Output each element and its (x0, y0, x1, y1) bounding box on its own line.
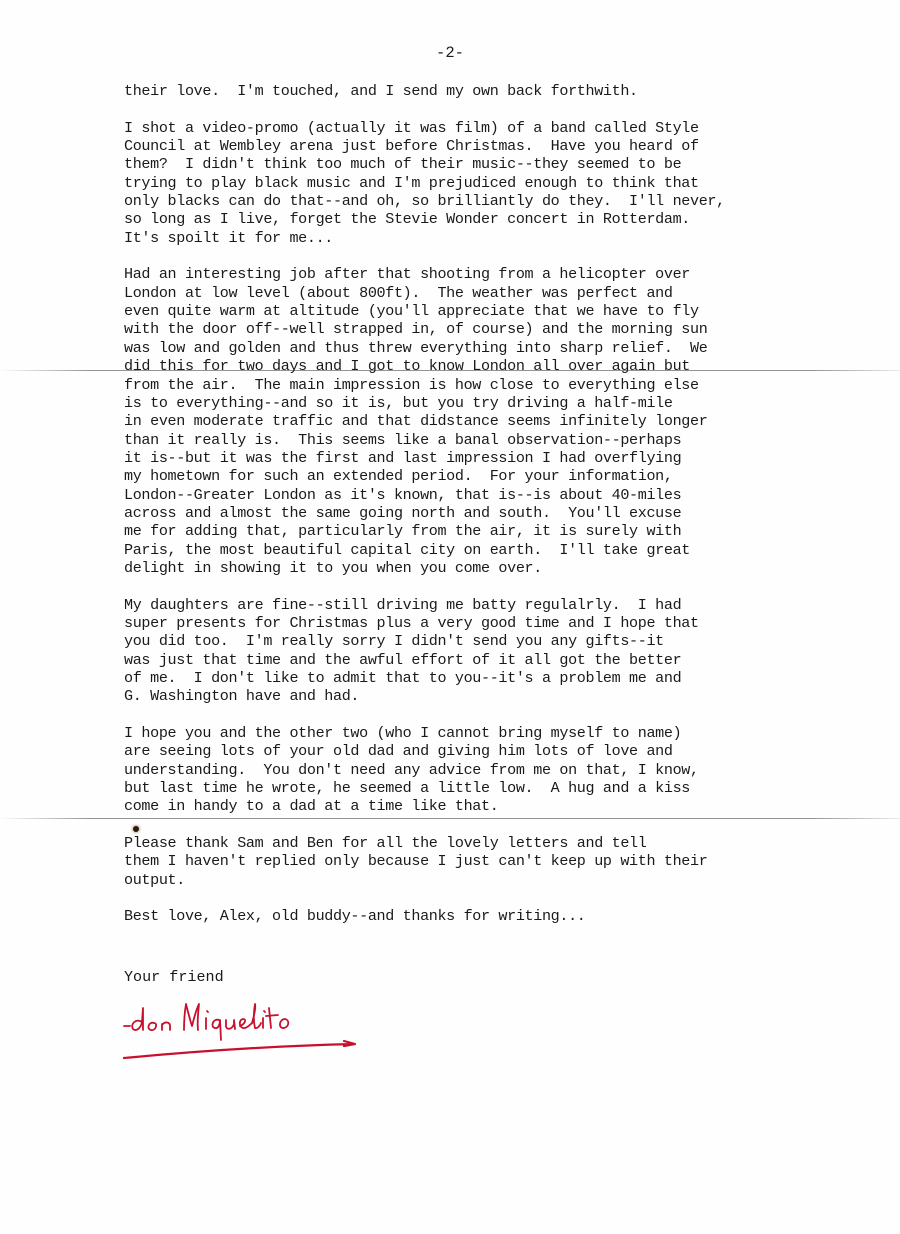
letter-line: output. (124, 871, 844, 889)
letter-line: across and almost the same going north a… (124, 504, 844, 522)
letter-line: come in handy to a dad at a time like th… (124, 797, 844, 815)
letter-line: delight in showing it to you when you co… (124, 559, 844, 577)
letter-line: you did too. I'm really sorry I didn't s… (124, 632, 844, 650)
closing: Your friend (124, 968, 224, 986)
letter-paragraph: Best love, Alex, old buddy--and thanks f… (124, 907, 844, 925)
letter-line: is to everything--and so it is, but you … (124, 394, 844, 412)
letter-line: London at low level (about 800ft). The w… (124, 284, 844, 302)
letter-body: their love. I'm touched, and I send my o… (124, 82, 844, 944)
letter-line: Paris, the most beautiful capital city o… (124, 541, 844, 559)
letter-line: them? I didn't think too much of their m… (124, 155, 844, 173)
letter-line: them I haven't replied only because I ju… (124, 852, 844, 870)
letter-line: even quite warm at altitude (you'll appr… (124, 302, 844, 320)
letter-paragraph: I shot a video-promo (actually it was fi… (124, 119, 844, 247)
letter-paragraph: their love. I'm touched, and I send my o… (124, 82, 844, 100)
letter-paragraph: Please thank Sam and Ben for all the lov… (124, 834, 844, 889)
letter-line: trying to play black music and I'm preju… (124, 174, 844, 192)
letter-line: Best love, Alex, old buddy--and thanks f… (124, 907, 844, 925)
page-number: -2- (0, 44, 900, 62)
letter-line: their love. I'm touched, and I send my o… (124, 82, 844, 100)
letter-line: understanding. You don't need any advice… (124, 761, 844, 779)
letter-paragraph: My daughters are fine--still driving me … (124, 596, 844, 706)
letter-paragraph: Had an interesting job after that shooti… (124, 265, 844, 577)
letter-line: super presents for Christmas plus a very… (124, 614, 844, 632)
letter-line: me for adding that, particularly from th… (124, 522, 844, 540)
letter-line: than it really is. This seems like a ban… (124, 431, 844, 449)
letter-line: are seeing lots of your old dad and givi… (124, 742, 844, 760)
letter-line: Please thank Sam and Ben for all the lov… (124, 834, 844, 852)
letter-line: only blacks can do that--and oh, so bril… (124, 192, 844, 210)
letter-line: Had an interesting job after that shooti… (124, 265, 844, 283)
letter-line: it is--but it was the first and last imp… (124, 449, 844, 467)
letter-line: was just that time and the awful effort … (124, 651, 844, 669)
letter-line: It's spoilt it for me... (124, 229, 844, 247)
signature (118, 996, 368, 1066)
letter-line: from the air. The main impression is how… (124, 376, 844, 394)
letter-paragraph: I hope you and the other two (who I cann… (124, 724, 844, 816)
letter-line: did this for two days and I got to know … (124, 357, 844, 375)
letter-line: with the door off--well strapped in, of … (124, 320, 844, 338)
letter-line: I hope you and the other two (who I cann… (124, 724, 844, 742)
letter-line: of me. I don't like to admit that to you… (124, 669, 844, 687)
letter-line: but last time he wrote, he seemed a litt… (124, 779, 844, 797)
letter-line: so long as I live, forget the Stevie Won… (124, 210, 844, 228)
letter-line: My daughters are fine--still driving me … (124, 596, 844, 614)
letter-line: Council at Wembley arena just before Chr… (124, 137, 844, 155)
letter-line: I shot a video-promo (actually it was fi… (124, 119, 844, 137)
letter-line: G. Washington have and had. (124, 687, 844, 705)
letter-line: my hometown for such an extended period.… (124, 467, 844, 485)
letter-line: in even moderate traffic and that didsta… (124, 412, 844, 430)
letter-line: was low and golden and thus threw everyt… (124, 339, 844, 357)
letter-line: London--Greater London as it's known, th… (124, 486, 844, 504)
